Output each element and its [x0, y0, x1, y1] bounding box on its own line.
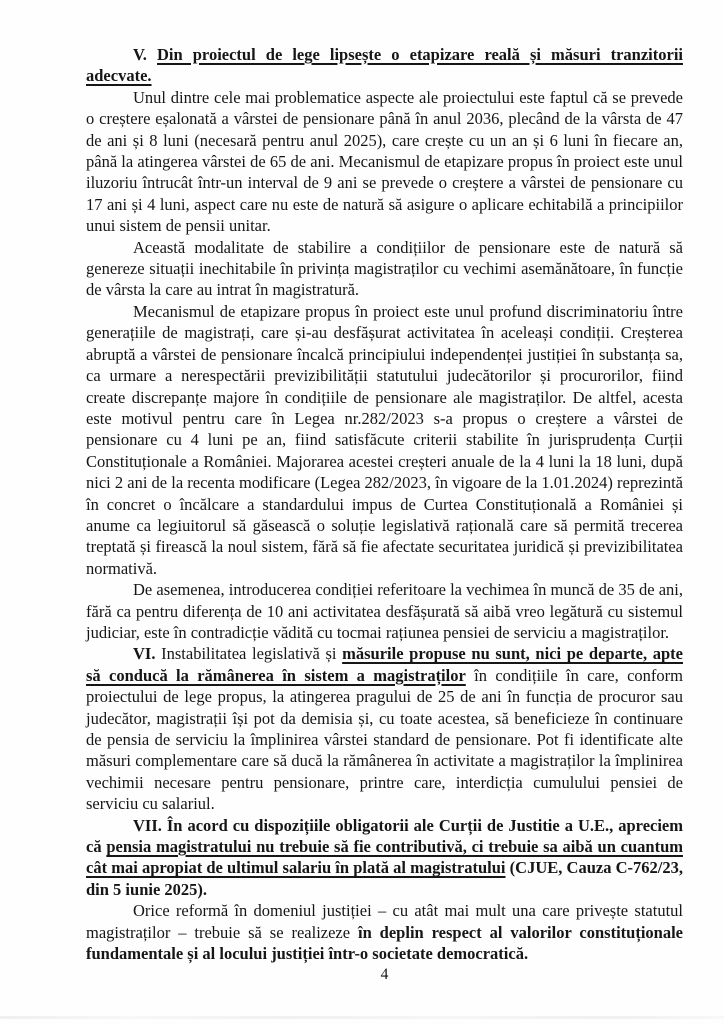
section-vi-rest: în condițiile în care, conform proiectul…	[86, 666, 683, 813]
section-v-paragraph-1: Unul dintre cele mai problematice aspect…	[86, 87, 683, 237]
page-number: 4	[86, 964, 683, 985]
section-v-paragraph-3: Mecanismul de etapizare propus în proiec…	[86, 301, 683, 579]
scan-bottom-edge	[0, 1016, 724, 1019]
section-v-title: Din proiectul de lege lipsește o etapiza…	[86, 45, 683, 85]
closing-paragraph: Orice reformă în domeniul justiției – cu…	[86, 900, 683, 964]
section-vi-numeral: VI.	[133, 644, 161, 663]
document-page: V. Din proiectul de lege lipsește o etap…	[0, 0, 724, 1024]
section-v-paragraph-2: Această modalitate de stabilire a condiț…	[86, 237, 683, 301]
section-vii-paragraph: VII. În acord cu dispozițiile obligatori…	[86, 815, 683, 901]
section-v-heading: V. Din proiectul de lege lipsește o etap…	[86, 44, 683, 87]
section-v-paragraph-4: De asemenea, introducerea condiției refe…	[86, 579, 683, 643]
document-body: V. Din proiectul de lege lipsește o etap…	[86, 44, 683, 986]
section-v-numeral: V.	[133, 45, 157, 64]
section-vi-lead: Instabilitatea legislativă și	[161, 644, 342, 663]
section-vi-paragraph: VI. Instabilitatea legislativă și măsuri…	[86, 643, 683, 814]
